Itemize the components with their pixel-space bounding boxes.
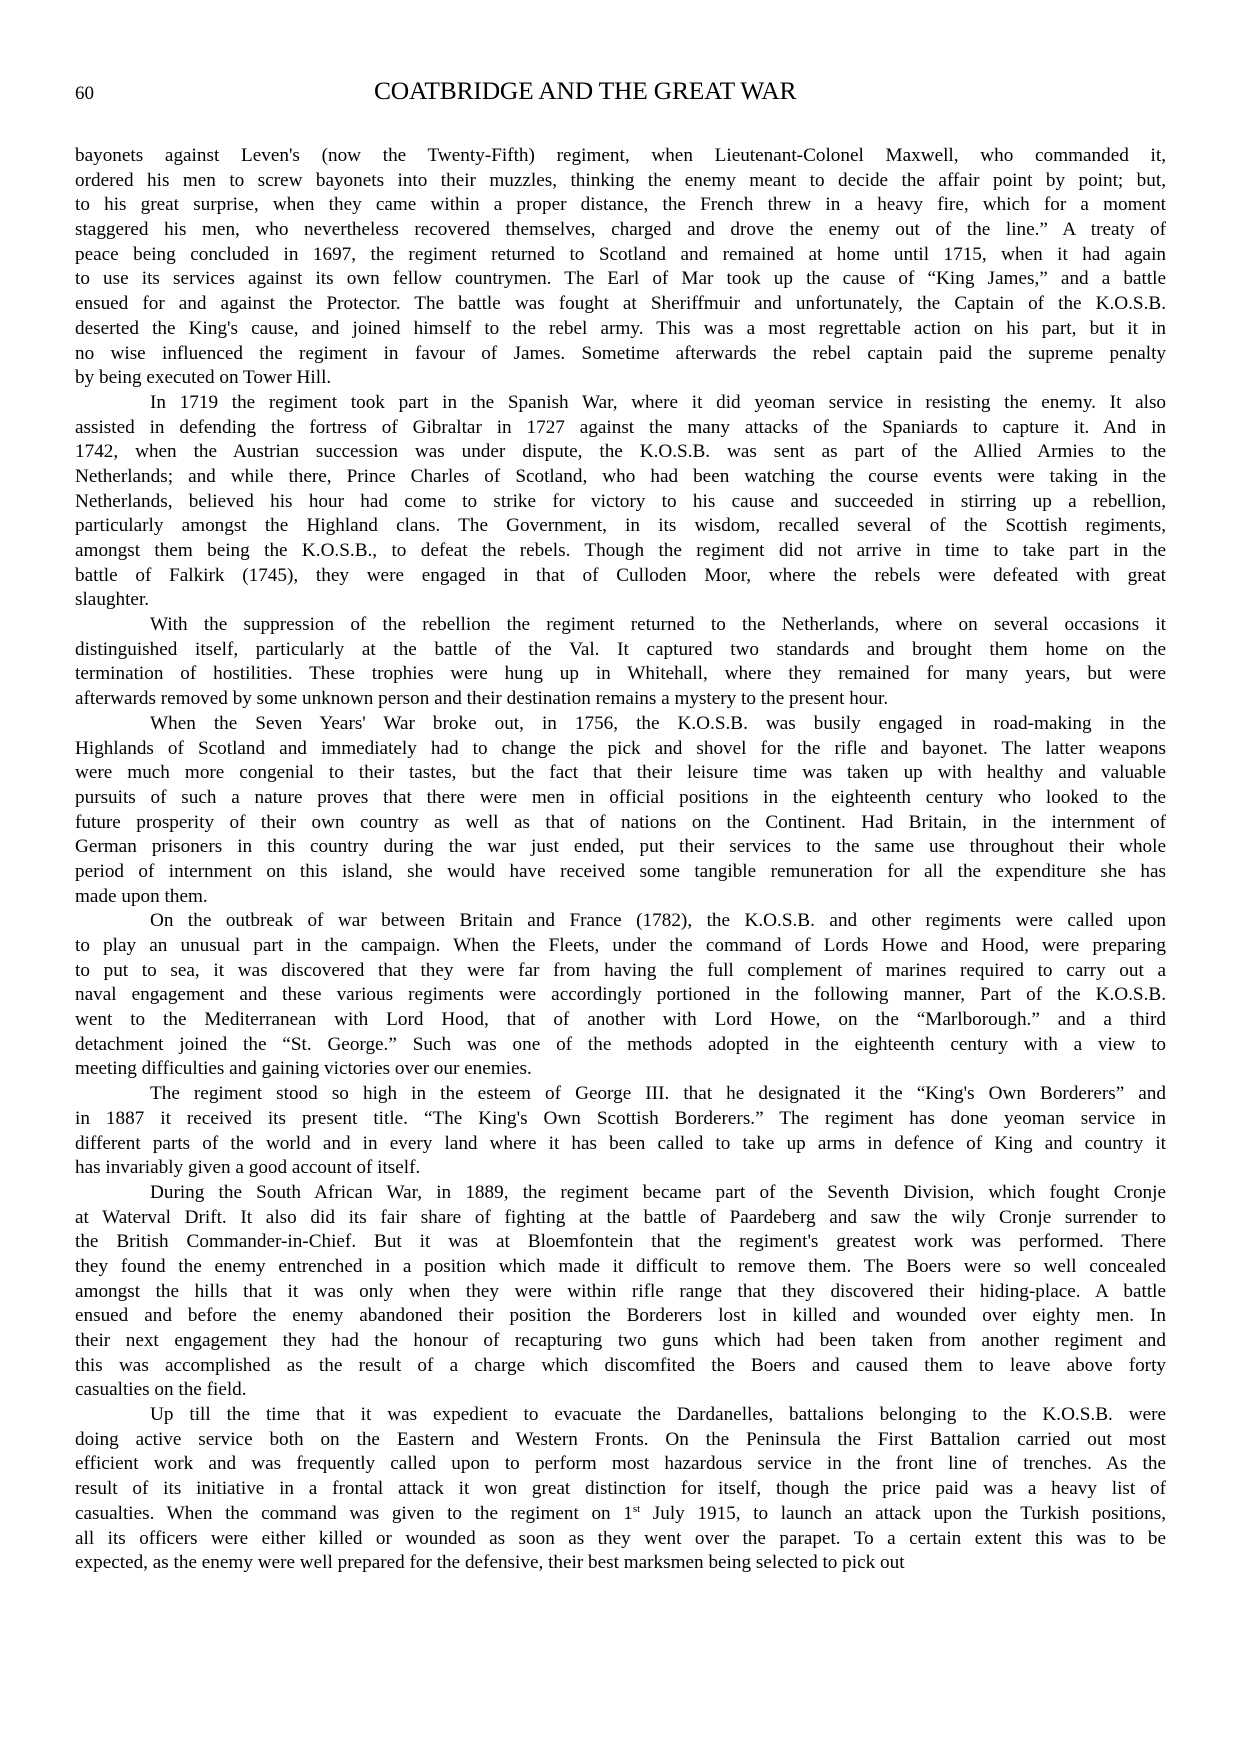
text-line: With the suppression of the rebellion th… xyxy=(75,613,1166,638)
paragraph: When the Seven Years' War broke out, in … xyxy=(75,712,1166,910)
paragraph: In 1719 the regiment took part in the Sp… xyxy=(75,391,1166,613)
text-line: period of internment on this island, she… xyxy=(75,860,1166,885)
text-line: to play an unusual part in the campaign.… xyxy=(75,934,1166,959)
text-line: peace being concluded in 1697, the regim… xyxy=(75,243,1166,268)
body-text: bayonets against Leven's (now the Twenty… xyxy=(75,144,1166,1576)
text-line: doing active service both on the Eastern… xyxy=(75,1428,1166,1453)
text-line: 1742, when the Austrian succession was u… xyxy=(75,440,1166,465)
text-line: to his great surprise, when they came wi… xyxy=(75,193,1166,218)
text-line: deserted the King's cause, and joined hi… xyxy=(75,317,1166,342)
text-line: to use its services against its own fell… xyxy=(75,267,1166,292)
paragraph: During the South African War, in 1889, t… xyxy=(75,1181,1166,1403)
text-line: the British Commander-in-Chief. But it w… xyxy=(75,1230,1166,1255)
paragraph: On the outbreak of war between Britain a… xyxy=(75,909,1166,1082)
text-line: their next engagement they had the honou… xyxy=(75,1329,1166,1354)
text-line: German prisoners in this country during … xyxy=(75,835,1166,860)
text-line: slaughter. xyxy=(75,588,1166,613)
text-line: went to the Mediterranean with Lord Hood… xyxy=(75,1008,1166,1033)
text-line: During the South African War, in 1889, t… xyxy=(75,1181,1166,1206)
text-line: at Waterval Drift. It also did its fair … xyxy=(75,1206,1166,1231)
text-line: termination of hostilities. These trophi… xyxy=(75,662,1166,687)
text-line: result of its initiative in a frontal at… xyxy=(75,1477,1166,1502)
text-line: ensued for and against the Protector. Th… xyxy=(75,292,1166,317)
paragraph: Up till the time that it was expedient t… xyxy=(75,1403,1166,1576)
text-line: distinguished itself, particularly at th… xyxy=(75,638,1166,663)
text-line: this was accomplished as the result of a… xyxy=(75,1354,1166,1379)
text-line: Netherlands, believed his hour had come … xyxy=(75,490,1166,515)
text-line: Up till the time that it was expedient t… xyxy=(75,1403,1166,1428)
text-line: naval engagement and these various regim… xyxy=(75,983,1166,1008)
text-line: staggered his men, who nevertheless reco… xyxy=(75,218,1166,243)
text-line: Highlands of Scotland and immediately ha… xyxy=(75,737,1166,762)
paragraph: bayonets against Leven's (now the Twenty… xyxy=(75,144,1166,391)
text-line: In 1719 the regiment took part in the Sp… xyxy=(75,391,1166,416)
text-line: amongst them being the K.O.S.B., to defe… xyxy=(75,539,1166,564)
text-line: detachment joined the “St. George.” Such… xyxy=(75,1033,1166,1058)
text-line: made upon them. xyxy=(75,885,1166,910)
text-line: ensued and before the enemy abandoned th… xyxy=(75,1304,1166,1329)
text-line: pursuits of such a nature proves that th… xyxy=(75,786,1166,811)
text-line: On the outbreak of war between Britain a… xyxy=(75,909,1166,934)
text-line: assisted in defending the fortress of Gi… xyxy=(75,416,1166,441)
text-line: casualties on the field. xyxy=(75,1378,1166,1403)
paragraph: The regiment stood so high in the esteem… xyxy=(75,1082,1166,1181)
text-line: were much more congenial to their tastes… xyxy=(75,761,1166,786)
text-line: battle of Falkirk (1745), they were enga… xyxy=(75,564,1166,589)
text-line: afterwards removed by some unknown perso… xyxy=(75,687,1166,712)
text-line: When the Seven Years' War broke out, in … xyxy=(75,712,1166,737)
text-line: efficient work and was frequently called… xyxy=(75,1452,1166,1477)
text-fragment: casualties. When the command was given t… xyxy=(75,1503,633,1524)
text-line: Netherlands; and while there, Prince Cha… xyxy=(75,465,1166,490)
text-line: ordered his men to screw bayonets into t… xyxy=(75,169,1166,194)
text-line: particularly amongst the Highland clans.… xyxy=(75,514,1166,539)
text-line: expected, as the enemy were well prepare… xyxy=(75,1551,1166,1576)
text-line: they found the enemy entrenched in a pos… xyxy=(75,1255,1166,1280)
text-line: all its officers were either killed or w… xyxy=(75,1527,1166,1552)
text-fragment: July 1915, to launch an attack upon the … xyxy=(640,1503,1166,1524)
text-line: no wise influenced the regiment in favou… xyxy=(75,342,1166,367)
text-line: bayonets against Leven's (now the Twenty… xyxy=(75,144,1166,169)
text-line: casualties. When the command was given t… xyxy=(75,1502,1166,1527)
text-line: meeting difficulties and gaining victori… xyxy=(75,1057,1166,1082)
text-line: to put to sea, it was discovered that th… xyxy=(75,959,1166,984)
text-line: The regiment stood so high in the esteem… xyxy=(75,1082,1166,1107)
text-line: amongst the hills that it was only when … xyxy=(75,1280,1166,1305)
paragraph: With the suppression of the rebellion th… xyxy=(75,613,1166,712)
text-line: in 1887 it received its present title. “… xyxy=(75,1107,1166,1132)
text-line: has invariably given a good account of i… xyxy=(75,1156,1166,1181)
text-line: future prosperity of their own country a… xyxy=(75,811,1166,836)
page-number: 60 xyxy=(75,82,94,106)
running-title: COATBRIDGE AND THE GREAT WAR xyxy=(374,76,862,106)
text-line: different parts of the world and in ever… xyxy=(75,1132,1166,1157)
text-line: by being executed on Tower Hill. xyxy=(75,366,1166,391)
